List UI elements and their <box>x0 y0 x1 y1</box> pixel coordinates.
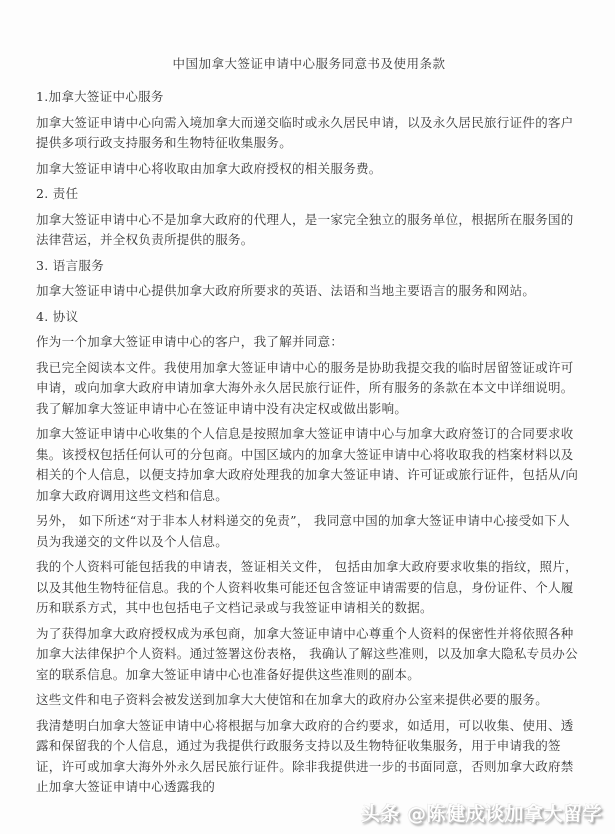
section-heading: 2. 责任 <box>36 184 582 205</box>
section-language-services: 3. 语言服务 加拿大签证申请中心提供加拿大政府所要求的英语、法语和当地主要语言… <box>36 256 582 302</box>
paragraph: 另外， 如下所述“对于非本人材料递交的免责”， 我同意中国的加拿大签证申请中心接… <box>36 511 582 552</box>
paragraph: 作为一个加拿大签证申请中心的客户，我了解并同意： <box>36 332 582 353</box>
watermark: 头条 @陈健成谈加拿大留学 <box>361 799 602 826</box>
section-heading: 1.加拿大签证中心服务 <box>36 87 582 108</box>
paragraph: 加拿大签证申请中心向需入境加拿大而递交临时或永久居民申请，以及永久居民旅行证件的… <box>36 113 582 154</box>
document-page: 中国加拿大签证申请中心服务同意书及使用条款 1.加拿大签证中心服务 加拿大签证申… <box>0 0 615 834</box>
paragraph: 加拿大签证申请中心提供加拿大政府所要求的英语、法语和当地主要语言的服务和网站。 <box>36 281 582 302</box>
paragraph: 我的个人资料可能包括我的申请表，签证相关文件， 包括由加拿大政府要求收集的指纹，… <box>36 557 582 619</box>
paragraph: 这些文件和电子资料会被发送到加拿大大使馆和在加拿大的政府办公室来提供必要的服务。 <box>36 690 582 711</box>
paragraph: 为了获得加拿大政府授权成为承包商，加拿大签证申请中心尊重个人资料的保密性并将依照… <box>36 624 582 686</box>
paragraph: 加拿大签证申请中心不是加拿大政府的代理人，是一家完全独立的服务单位，根据所在服务… <box>36 210 582 251</box>
paragraph: 我已完全阅读本文件。我使用加拿大签证申请中心的服务是协助我提交我的临时居留签证或… <box>36 358 582 420</box>
paragraph: 加拿大签证申请中心收集的个人信息是按照加拿大签证申请中心与加拿大政府签订的合同要… <box>36 424 582 506</box>
section-responsibility: 2. 责任 加拿大签证申请中心不是加拿大政府的代理人，是一家完全独立的服务单位，… <box>36 184 582 251</box>
section-vac-services: 1.加拿大签证中心服务 加拿大签证申请中心向需入境加拿大而递交临时或永久居民申请… <box>36 87 582 179</box>
section-agreement: 4. 协议 作为一个加拿大签证申请中心的客户，我了解并同意： 我已完全阅读本文件… <box>36 307 582 798</box>
paragraph: 加拿大签证申请中心将收取由加拿大政府授权的相关服务费。 <box>36 159 582 180</box>
section-heading: 4. 协议 <box>36 307 582 328</box>
paragraph: 我清楚明白加拿大签证申请中心将根据与加拿大政府的合约要求，如适用，可以收集、使用… <box>36 716 582 798</box>
document-title: 中国加拿大签证申请中心服务同意书及使用条款 <box>36 54 582 74</box>
section-heading: 3. 语言服务 <box>36 256 582 277</box>
